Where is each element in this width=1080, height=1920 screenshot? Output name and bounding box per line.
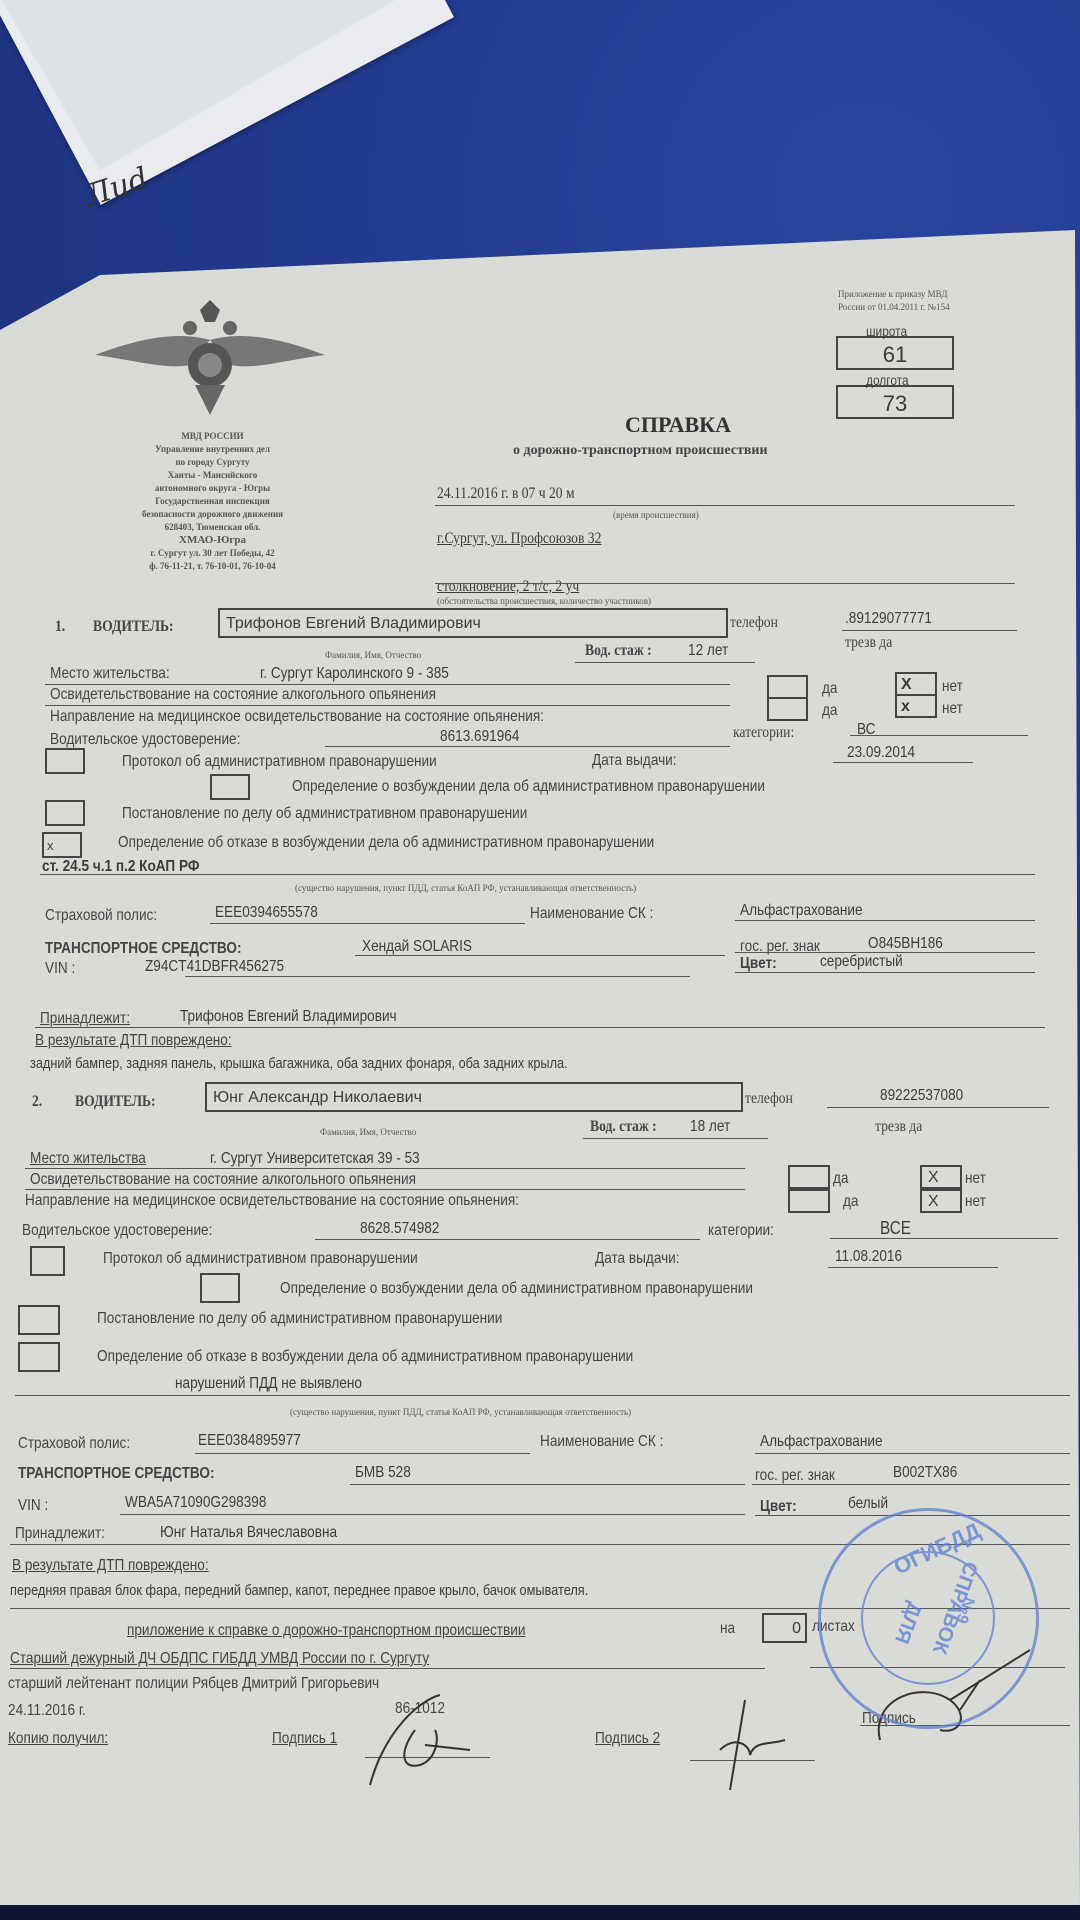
driver-1-medical-yes-checkbox[interactable]: [767, 697, 808, 721]
incident-place[interactable]: г.Сургут, ул. Профсоюзов 32: [437, 530, 601, 548]
damage-label: В результате ДТП повреждено:: [35, 1032, 232, 1050]
protocol-label: Протокол об административном правонаруше…: [122, 753, 437, 771]
underline: [827, 1107, 1049, 1108]
driver-1-medical-no-checkbox[interactable]: x: [895, 694, 937, 718]
violation-caption: (существо нарушения, пункт ПДД, статья К…: [290, 1407, 631, 1417]
appendix-note: Приложение к приказу МВД: [838, 289, 947, 299]
underline: [45, 684, 730, 685]
plate-label: гос. рег. знак: [755, 1467, 835, 1485]
resolution-label: Постановление по делу об административно…: [97, 1310, 502, 1328]
vin-label: VIN :: [18, 1497, 48, 1515]
driver-2-medical-yes-checkbox[interactable]: [788, 1189, 830, 1213]
driver-1-insurer[interactable]: Альфастрахование: [740, 902, 863, 920]
phone-label: телефон: [745, 1090, 793, 1108]
underline: [435, 505, 1015, 506]
underline: [15, 1395, 1070, 1396]
driver-1-alcohol-no-checkbox[interactable]: X: [895, 672, 937, 696]
no-label: нет: [942, 678, 963, 696]
license-label: Водительское удостоверение:: [50, 731, 240, 749]
underline: [210, 923, 525, 924]
driver-1-name-field[interactable]: Трифонов Евгений Владимирович: [218, 608, 728, 638]
underline: [315, 1239, 700, 1240]
protocol-label: Протокол об административном правонаруше…: [103, 1250, 418, 1268]
driver-2-experience[interactable]: 18 лет: [690, 1118, 730, 1136]
document-subtitle: о дорожно-транспортном происшествии: [513, 443, 768, 459]
issue-date-label: Дата выдачи:: [592, 752, 677, 770]
resolution-label: Постановление по делу об административно…: [122, 805, 527, 823]
violation-caption: (существо нарушения, пункт ПДД, статья К…: [295, 883, 636, 893]
underline: [355, 955, 725, 956]
vehicle-label: ТРАНСПОРТНОЕ СРЕДСТВО:: [45, 940, 241, 958]
driver-1-vin[interactable]: Z94CT41DBFR456275: [145, 958, 284, 976]
driver-1-damage[interactable]: задний бампер, задняя панель, крышка баг…: [30, 1055, 568, 1072]
owner-label: Принадлежит:: [15, 1525, 105, 1543]
experience-label: Вод. стаж :: [585, 642, 652, 660]
copy-received-label: Копию получил:: [8, 1730, 108, 1748]
underline: [45, 705, 730, 706]
insurer-label: Наименование СК :: [540, 1433, 663, 1451]
driver-2-case-start-checkbox[interactable]: [200, 1273, 240, 1303]
driver-2-plate[interactable]: В002ТХ86: [893, 1464, 957, 1482]
driver-2-categories[interactable]: ВСЕ: [880, 1218, 911, 1239]
driver-2-vin[interactable]: WBA5A71090G298398: [125, 1494, 266, 1512]
incident-time[interactable]: 24.11.2016 г. в 07 ч 20 м: [437, 485, 575, 503]
driver-1-issue-date[interactable]: 23.09.2014: [847, 744, 915, 762]
underline: [350, 1484, 745, 1485]
no-label: нет: [965, 1170, 986, 1188]
yes-label: да: [833, 1170, 848, 1188]
document-title: СПРАВКА: [625, 412, 731, 438]
driver-1-experience[interactable]: 12 лет: [688, 642, 728, 660]
underline: [583, 1138, 768, 1139]
incident-circumstances[interactable]: столкновение, 2 т/с, 2 уч: [437, 578, 579, 596]
driver-1-residence[interactable]: г. Сургут Каролинского 9 - 385: [260, 665, 449, 683]
longitude-field[interactable]: 73: [836, 385, 954, 419]
phone-label: телефон: [730, 614, 778, 632]
appendix-note: России от 01.04.2011 г. №154: [838, 302, 950, 312]
org-line: Управление внутренних дел: [100, 443, 325, 456]
driver-2-name-field[interactable]: Юнг Александр Николаевич: [205, 1082, 743, 1112]
underline: [735, 920, 1035, 921]
experience-label: Вод. стаж :: [590, 1118, 657, 1136]
driver-2-alcohol-yes-checkbox[interactable]: [788, 1165, 830, 1189]
case-start-label: Определение о возбуждении дела об админи…: [280, 1280, 753, 1298]
driver-1-case-refusal-checkbox[interactable]: x: [42, 832, 82, 858]
on-label: на: [720, 1620, 735, 1638]
driver-2-number: 2.: [32, 1093, 42, 1111]
org-line: автономного округа - Югры: [100, 482, 325, 495]
latitude-field[interactable]: 61: [836, 336, 954, 370]
signature-1-label: Подпись 1: [272, 1730, 337, 1748]
no-label: нет: [965, 1193, 986, 1211]
case-start-label: Определение о возбуждении дела об админи…: [292, 778, 765, 796]
driver-2-damage[interactable]: передняя правая блок фара, передний бамп…: [10, 1582, 588, 1599]
driver-1-case-start-checkbox[interactable]: [210, 774, 250, 800]
insurer-label: Наименование СК :: [530, 905, 653, 923]
driver-2-issue-date[interactable]: 11.08.2016: [835, 1248, 902, 1266]
driver-1-number: 1.: [55, 618, 65, 636]
driver-1-resolution-checkbox[interactable]: [45, 800, 85, 826]
plate-label: гос. рег. знак: [740, 938, 820, 956]
yes-label: да: [822, 680, 837, 698]
driver-2-residence[interactable]: г. Сургут Университетская 39 - 53: [210, 1150, 420, 1168]
underline: [195, 1453, 530, 1454]
underline: [850, 735, 1028, 736]
mvd-emblem-icon: [95, 300, 325, 430]
insurance-policy-label: Страховой полис:: [18, 1435, 130, 1453]
org-line: ф. 76-11-21, т. 76-10-01, 76-10-04: [100, 560, 325, 573]
underline: [842, 630, 1017, 631]
residence-label: Место жительства:: [50, 665, 170, 683]
license-label: Водительское удостоверение:: [22, 1222, 212, 1240]
no-label: нет: [942, 700, 963, 718]
case-refusal-label: Определение об отказе в возбуждении дела…: [97, 1348, 633, 1366]
medical-exam-label: Направление на медицинское освидетельств…: [25, 1192, 519, 1210]
damage-label: В результате ДТП повреждено:: [12, 1557, 209, 1575]
underline: [10, 1668, 765, 1669]
driver-2-protocol-checkbox[interactable]: [30, 1246, 65, 1276]
driver-2-license[interactable]: 8628.574982: [360, 1220, 439, 1238]
driver-2-medical-no-checkbox[interactable]: X: [920, 1189, 962, 1213]
underline: [752, 1484, 1070, 1485]
vin-label: VIN :: [45, 960, 75, 978]
officer-position: Старший дежурный ДЧ ОБДПС ГИБДД УМВД Рос…: [10, 1650, 429, 1668]
underline: [435, 583, 1015, 584]
driver-2-alcohol-no-checkbox[interactable]: X: [920, 1165, 962, 1189]
alcohol-exam-label: Освидетельствование на состояние алкогол…: [50, 686, 436, 704]
driver-1-owner[interactable]: Трифонов Евгений Владимирович: [180, 1008, 397, 1026]
vehicle-label: ТРАНСПОРТНОЕ СРЕДСТВО:: [18, 1465, 214, 1483]
driver-2-vehicle[interactable]: БМВ 528: [355, 1464, 411, 1482]
driver-1-categories[interactable]: ВС: [857, 721, 875, 739]
appendix-label: приложение к справке о дорожно-транспорт…: [127, 1622, 525, 1640]
driver-1-policy[interactable]: ЕЕЕ0394655578: [215, 904, 318, 922]
org-line: МВД РОССИИ: [100, 430, 325, 443]
categories-label: категории:: [733, 724, 794, 742]
medical-exam-label: Направление на медицинское освидетельств…: [50, 708, 544, 726]
underline: [830, 1238, 1058, 1239]
driver-2-policy[interactable]: ЕЕЕ0384895977: [198, 1432, 301, 1450]
driver-1-protocol-checkbox[interactable]: [45, 748, 85, 774]
case-refusal-label: Определение об отказе в возбуждении дела…: [118, 834, 654, 852]
org-line: 628403, Тюменская обл.: [100, 521, 325, 534]
report-date: 24.11.2016 г.: [8, 1702, 86, 1720]
organization-block: МВД РОССИИ Управление внутренних дел по …: [100, 430, 325, 573]
driver-2-owner[interactable]: Юнг Наталья Вячеславовна: [160, 1524, 337, 1542]
org-line: г. Сургут ул. 30 лет Победы, 42: [100, 547, 325, 560]
driver-1-name: Трифонов Евгений Владимирович: [226, 615, 481, 632]
fio-caption: Фамилия, Имя, Отчество: [320, 1127, 416, 1137]
underline: [35, 1027, 1045, 1028]
underline: [735, 972, 1035, 973]
driver-2-label: ВОДИТЕЛЬ:: [75, 1093, 156, 1111]
driver-1-plate[interactable]: О845ВН186: [868, 935, 943, 953]
org-line: ХМАО-Югра: [100, 534, 325, 547]
underline: [325, 746, 730, 747]
driver-2-sober: трезв да: [875, 1118, 922, 1136]
org-line: Государственная инспекция: [100, 495, 325, 508]
yes-label: да: [843, 1193, 858, 1211]
residence-label: Место жительства: [30, 1150, 146, 1168]
org-line: безопасности дорожного движения: [100, 508, 325, 521]
driver-1-vehicle[interactable]: Хендай SOLARIS: [362, 938, 472, 956]
underline: [828, 1267, 998, 1268]
owner-label: Принадлежит:: [40, 1010, 130, 1028]
signature-1-icon: [360, 1690, 490, 1800]
org-line: Ханты - Мансийского: [100, 469, 325, 482]
circumstances-caption: (обстоятельства происшествия, количество…: [437, 596, 651, 606]
table-edge: [0, 1905, 1080, 1920]
underline: [575, 662, 755, 663]
underline: [25, 1168, 745, 1169]
officer-name: старший лейтенант полиции Рябцев Дмитрий…: [8, 1675, 379, 1693]
incident-time-caption: (время происшествия): [613, 510, 699, 520]
driver-2-phone[interactable]: 89222537080: [880, 1087, 963, 1105]
driver-1-license[interactable]: 8613.691964: [440, 728, 519, 746]
underline: [120, 1514, 745, 1515]
categories-label: категории:: [708, 1222, 774, 1240]
signature-2-label: Подпись 2: [595, 1730, 660, 1748]
issue-date-label: Дата выдачи:: [595, 1250, 680, 1268]
driver-2-name: Юнг Александр Николаевич: [213, 1089, 422, 1106]
driver-2-violation[interactable]: нарушений ПДД не выявлено: [175, 1375, 362, 1393]
driver-2-resolution-checkbox[interactable]: [18, 1305, 60, 1335]
signature-2-icon: [690, 1690, 800, 1800]
driver-1-color[interactable]: серебристый: [820, 953, 903, 971]
insurance-policy-label: Страховой полис:: [45, 907, 157, 925]
underline: [755, 1453, 1070, 1454]
police-stamp: ОГИБДД ДЛЯ СПРАВОК №9: [818, 1508, 1039, 1729]
driver-2-insurer[interactable]: Альфастрахование: [760, 1433, 883, 1451]
org-line: по городу Сургуту: [100, 456, 325, 469]
driver-1-label: ВОДИТЕЛЬ:: [93, 618, 174, 636]
driver-2-color[interactable]: белый: [848, 1495, 888, 1513]
driver-1-sober: трезв да: [845, 634, 892, 652]
underline: [185, 976, 690, 977]
alcohol-exam-label: Освидетельствование на состояние алкогол…: [30, 1171, 416, 1189]
underline: [40, 874, 1035, 875]
driver-1-phone[interactable]: .89129077771: [845, 610, 932, 628]
driver-2-case-refusal-checkbox[interactable]: [18, 1342, 60, 1372]
driver-1-alcohol-yes-checkbox[interactable]: [767, 675, 808, 699]
color-label: Цвет:: [760, 1498, 797, 1516]
underline: [25, 1189, 745, 1190]
yes-label: да: [822, 702, 837, 720]
color-label: Цвет:: [740, 955, 777, 973]
sheets-count-field[interactable]: 0: [762, 1613, 807, 1643]
fio-caption: Фамилия, Имя, Отчество: [325, 650, 421, 660]
underline: [833, 762, 973, 763]
